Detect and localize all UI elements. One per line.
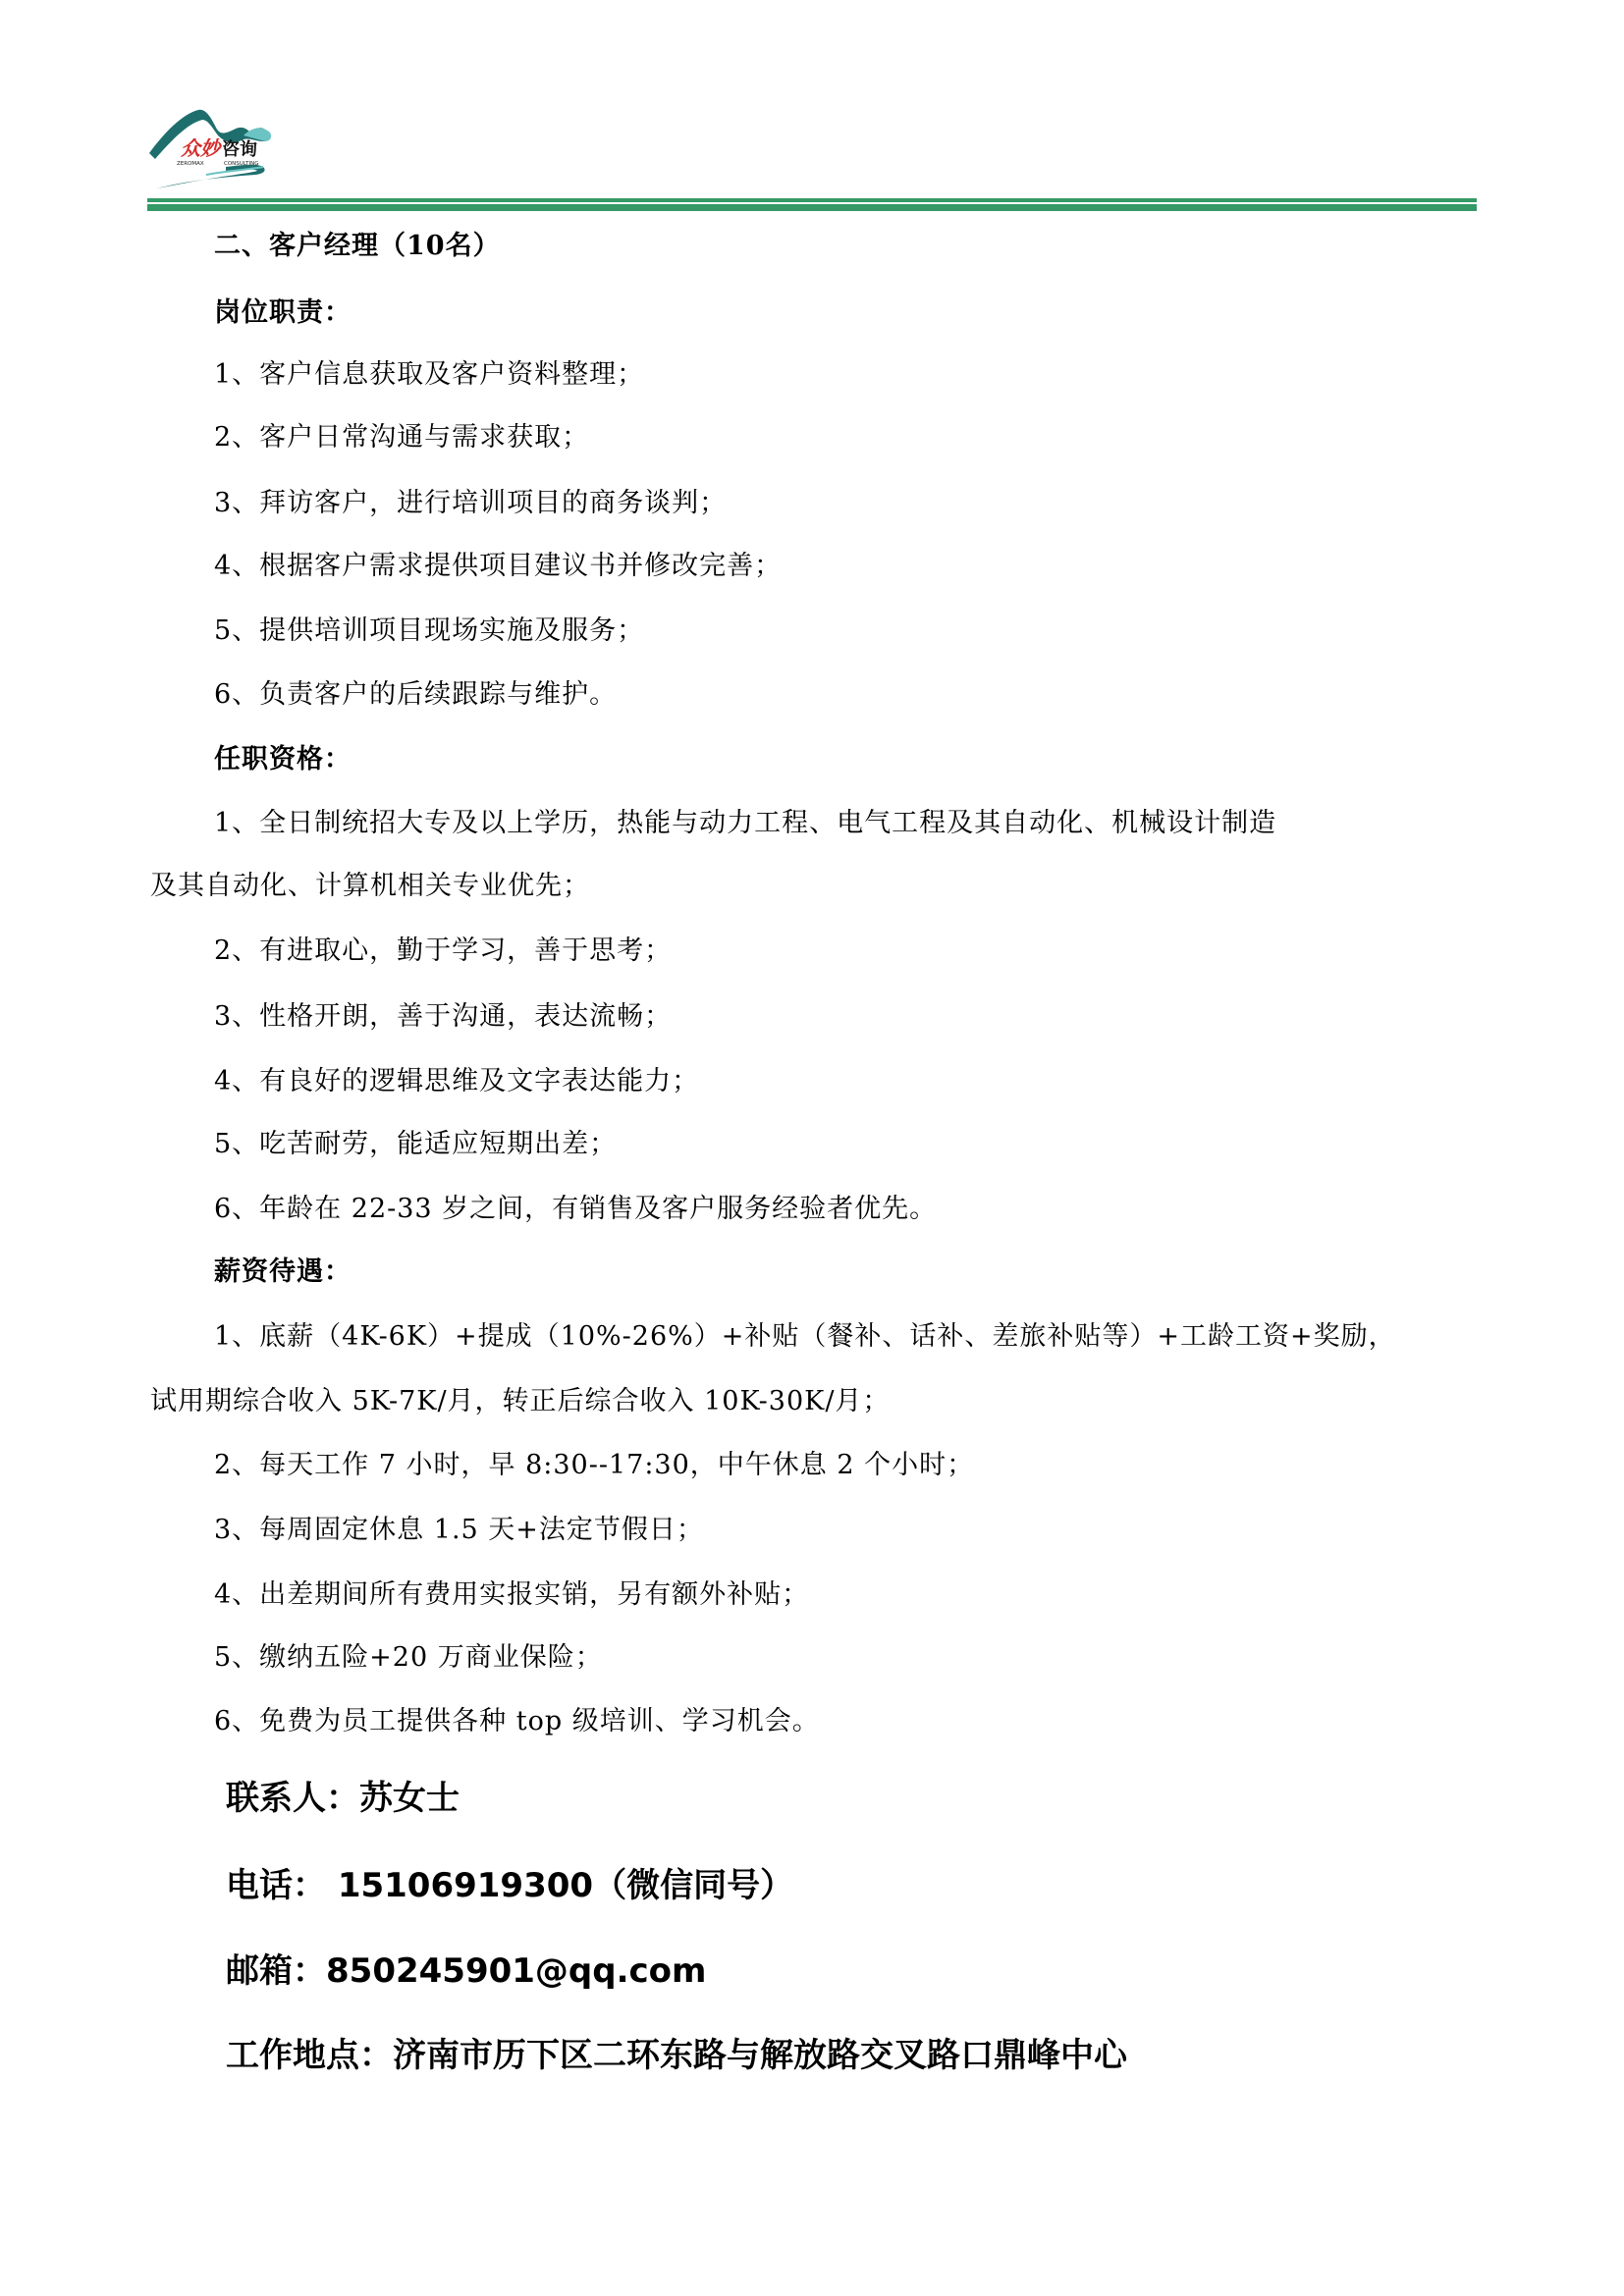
- work-address: 工作地点：济南市历下区二环东路与解放路交叉路口鼎峰中心: [226, 2035, 1127, 2076]
- compensation-item: 2、每天工作 7 小时，早 8:30--17:30，中午休息 2 个小时；: [214, 1449, 974, 1482]
- contact-person: 联系人：苏女士: [226, 1778, 460, 1819]
- duty-item: 1、客户信息获取及客户资料整理；: [214, 358, 644, 392]
- qualification-item-continued: 及其自动化、计算机相关专业优先；: [150, 870, 590, 903]
- qualification-item: 1、全日制统招大专及以上学历，热能与动力工程、电气工程及其自动化、机械设计制造: [214, 807, 1276, 840]
- contact-phone: 电话： 15106919300（微信同号）: [226, 1865, 793, 1906]
- duty-item: 5、提供培训项目现场实施及服务；: [214, 614, 644, 648]
- compensation-heading: 薪资待遇：: [214, 1255, 352, 1289]
- position-title: 二、客户经理（10名）: [214, 230, 501, 263]
- compensation-item: 1、底薪（4K-6K）+提成（10%-26%）+补贴（餐补、话补、差旅补贴等）+…: [214, 1320, 1396, 1354]
- logo-mountain-icon: 众妙 咨询 ZEROMAX CONSULTING: [147, 106, 295, 199]
- duties-heading: 岗位职责：: [214, 296, 352, 330]
- qualification-item: 2、有进取心，勤于学习，善于思考；: [214, 934, 672, 968]
- qualification-item: 3、性格开朗，善于沟通，表达流畅；: [214, 1000, 672, 1034]
- compensation-item: 6、免费为员工提供各种 top 级培训、学习机会。: [214, 1705, 820, 1738]
- header-rule-thin: [147, 198, 1477, 202]
- duty-item: 4、根据客户需求提供项目建议书并修改完善；: [214, 550, 782, 583]
- header-rule-thick: [147, 204, 1477, 211]
- qualification-item: 6、年龄在 22-33 岁之间，有销售及客户服务经验者优先。: [214, 1193, 937, 1226]
- svg-text:CONSULTING: CONSULTING: [224, 161, 258, 167]
- compensation-item: 5、缴纳五险+20 万商业保险；: [214, 1641, 603, 1675]
- svg-text:ZEROMAX: ZEROMAX: [177, 161, 204, 167]
- contact-email: 邮箱：850245901@qq.com: [226, 1950, 706, 1992]
- svg-text:咨询: 咨询: [222, 138, 257, 160]
- qualifications-heading: 任职资格：: [214, 743, 352, 776]
- duty-item: 2、客户日常沟通与需求获取；: [214, 421, 589, 454]
- logo-brand-cn: 众妙: [181, 136, 224, 160]
- qualification-item: 4、有良好的逻辑思维及文字表达能力；: [214, 1065, 699, 1098]
- compensation-item: 4、出差期间所有费用实报实销，另有额外补贴；: [214, 1578, 809, 1612]
- company-logo: 众妙 咨询 ZEROMAX CONSULTING: [147, 106, 295, 199]
- duty-item: 6、负责客户的后续跟踪与维护。: [214, 678, 617, 712]
- compensation-item: 3、每周固定休息 1.5 天+法定节假日；: [214, 1514, 704, 1547]
- qualification-item: 5、吃苦耐劳，能适应短期出差；: [214, 1128, 617, 1161]
- duty-item: 3、拜访客户，进行培训项目的商务谈判；: [214, 487, 727, 520]
- compensation-item-continued: 试用期综合收入 5K-7K/月，转正后综合收入 10K-30K/月；: [150, 1385, 890, 1418]
